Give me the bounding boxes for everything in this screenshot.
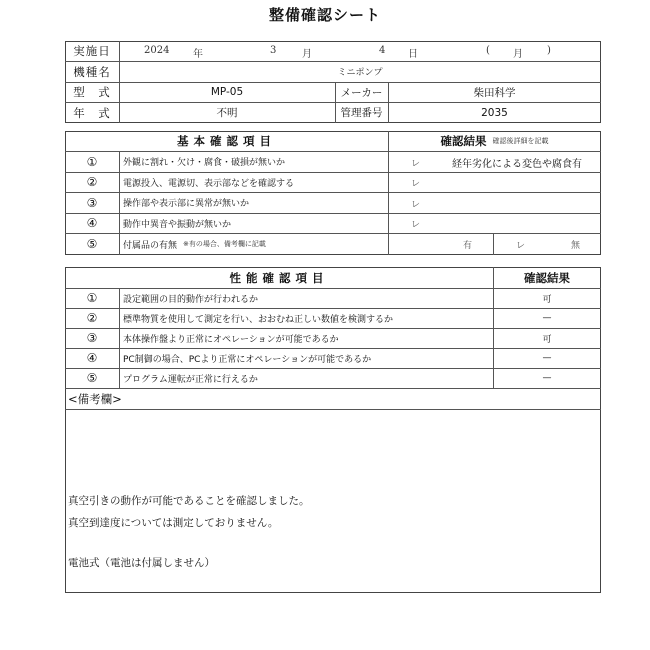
year-value[interactable]: 不明 [119, 102, 335, 123]
basic-row-2-text: 電源投入、電源切、表示部などを確認する [119, 172, 388, 192]
maker-value[interactable]: 柴田科学 [388, 82, 601, 102]
remarks-line-2: 真空到達度については測定しておりません。 [68, 515, 278, 530]
basic-row-4-check[interactable]: レ [411, 217, 420, 230]
perf-row-3-num: ③ [65, 328, 119, 348]
remarks-line-3: 電池式（電池は付属しません） [68, 555, 215, 570]
basic-result-title: 確認結果 [441, 133, 487, 149]
date-year-unit: 年 [193, 45, 203, 60]
basic-row-5-note: ※有の場合、備考欄に記載 [183, 239, 266, 249]
perf-row-2-result[interactable]: — [493, 308, 601, 328]
perf-row-2-text: 標準物質を使用して測定を行い、おおむね正しい数値を検測するか [119, 308, 493, 328]
basic-row-5-text-wrap: 付属品の有無 ※有の場合、備考欄に記載 [119, 233, 388, 255]
accessory-no[interactable]: 無 [571, 238, 580, 251]
basic-row-3-text: 操作部や表示部に異常が無いか [119, 192, 388, 213]
perf-row-5-text: プログラム運転が正常に行えるか [119, 368, 493, 388]
perf-row-1-result[interactable]: 可 [493, 288, 601, 308]
date-paren-close: ) [547, 45, 551, 56]
date-paren-open: ( [486, 45, 490, 56]
performance-header: 性能確認項目 [65, 267, 493, 288]
basic-row-2-check[interactable]: レ [411, 176, 420, 189]
basic-result-note: 確認後詳細を記載 [493, 136, 549, 146]
maker-label: メーカー [335, 82, 388, 102]
performance-result-header: 確認結果 [493, 267, 601, 288]
basic-row-4-text: 動作中異音や振動が無いか [119, 213, 388, 233]
basic-row-3-num: ③ [65, 192, 119, 213]
perf-row-2-num: ② [65, 308, 119, 328]
basic-result-header: 確認結果 確認後詳細を記載 [388, 131, 601, 151]
perf-row-3-result[interactable]: 可 [493, 328, 601, 348]
date-weekday[interactable]: 月 [513, 45, 523, 60]
basic-row-1-num: ① [65, 151, 119, 172]
basic-row-1-detail[interactable]: 経年劣化による変色や腐食有 [452, 155, 582, 170]
mgmt-number-value[interactable]: 2035 [388, 102, 601, 123]
perf-row-3-text: 本体操作盤より正常にオペレーションが可能であるか [119, 328, 493, 348]
perf-row-4-result[interactable]: — [493, 348, 601, 368]
accessory-check[interactable]: レ [516, 238, 525, 251]
page-title: 整備確認シート [0, 4, 650, 25]
perf-row-5-num: ⑤ [65, 368, 119, 388]
date-month-unit: 月 [302, 45, 312, 60]
year-label: 年 式 [65, 102, 119, 123]
basic-row-5-text: 付属品の有無 [123, 238, 177, 251]
date-month[interactable]: 3 [270, 45, 276, 56]
mgmt-number-label: 管理番号 [335, 102, 388, 123]
basic-row-5-num: ⑤ [65, 233, 119, 255]
accessory-yes[interactable]: 有 [463, 238, 472, 251]
perf-row-1-num: ① [65, 288, 119, 308]
date-label: 実施日 [65, 41, 119, 61]
model-name-label: 機種名 [65, 61, 119, 82]
basic-row-1-check[interactable]: レ [411, 156, 420, 169]
model-value[interactable]: MP-05 [119, 82, 335, 102]
model-name-value[interactable]: ミニポンプ [119, 61, 601, 82]
perf-row-4-num: ④ [65, 348, 119, 368]
remarks-line-1: 真空引きの動作が可能であることを確認しました。 [68, 493, 310, 508]
date-day-unit: 日 [408, 45, 418, 60]
basic-row-2-num: ② [65, 172, 119, 192]
perf-row-1-text: 設定範囲の目的動作が行われるか [119, 288, 493, 308]
date-year[interactable]: 2024 [144, 45, 169, 56]
perf-row-5-result[interactable]: — [493, 368, 601, 388]
date-day[interactable]: 4 [379, 45, 385, 56]
model-label: 型 式 [65, 82, 119, 102]
basic-header: 基本確認項目 [65, 131, 388, 151]
remarks-label: <備考欄> [65, 388, 265, 409]
basic-row-1-text: 外観に割れ・欠け・腐食・破損が無いか [119, 151, 388, 172]
basic-row-4-num: ④ [65, 213, 119, 233]
perf-row-4-text: PC制御の場合、PCより正常にオペレーションが可能であるか [119, 348, 493, 368]
basic-row-3-check[interactable]: レ [411, 197, 420, 210]
